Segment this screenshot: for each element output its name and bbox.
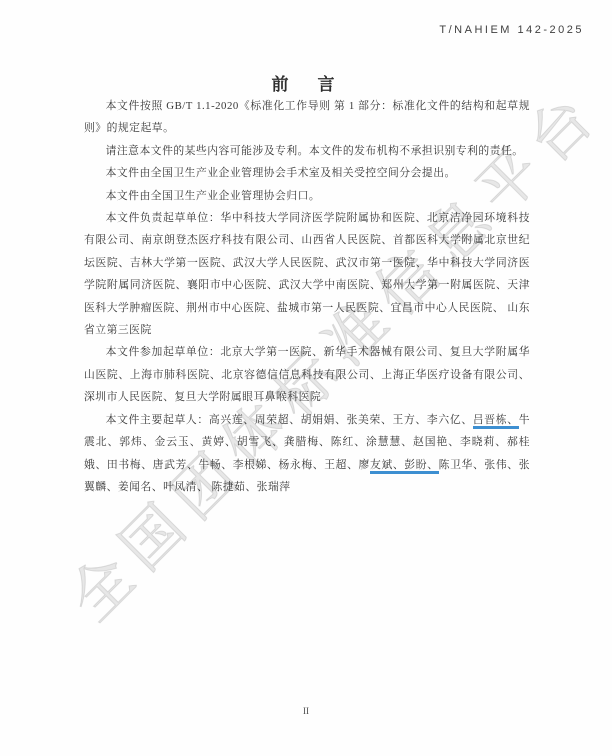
underlined-names-liao-youbin-peng-pan: 友斌、彭盼、 [370,459,439,474]
paragraph-main-drafters: 本文件主要起草人：高兴莲、周荣超、胡娟娟、张美荣、王方、李六亿、吕晋栋、牛震北、… [84,409,530,499]
foreword-content: 本文件按照 GB/T 1.1-2020《标准化工作导则 第 1 部分：标准化文件… [84,95,530,498]
underlined-name-lv-jindong: 吕晋栋、 [473,414,519,429]
page-title: 前 言 [0,70,612,95]
document-page: 全国团体标准信息平台 T/NAHIEM 142-2025 前 言 本文件按照 G… [0,0,612,756]
paragraph-patent-notice: 请注意本文件的某些内容可能涉及专利。本文件的发布机构不承担识别专利的责任。 [84,140,530,162]
paragraph-participating-drafting-units: 本文件参加起草单位：北京大学第一医院、新华手术器械有限公司、复旦大学附属华山医院… [84,341,530,408]
page-number: II [0,706,612,716]
paragraph-drafting-basis: 本文件按照 GB/T 1.1-2020《标准化工作导则 第 1 部分：标准化文件… [84,95,530,140]
paragraph-responsible-drafting-units: 本文件负责起草单位：华中科技大学同济医学院附属协和医院、北京洁净园环境科技有限公… [84,207,530,341]
paragraph-proposed-by: 本文件由全国卫生产业企业管理协会手术室及相关受控空间分会提出。 [84,162,530,184]
drafters-segment-1: 本文件主要起草人：高兴莲、周荣超、胡娟娟、张美荣、王方、李六亿、 [106,414,473,426]
standard-code: T/NAHIEM 142-2025 [439,24,584,36]
paragraph-centralized-by: 本文件由全国卫生产业企业管理协会归口。 [84,185,530,207]
